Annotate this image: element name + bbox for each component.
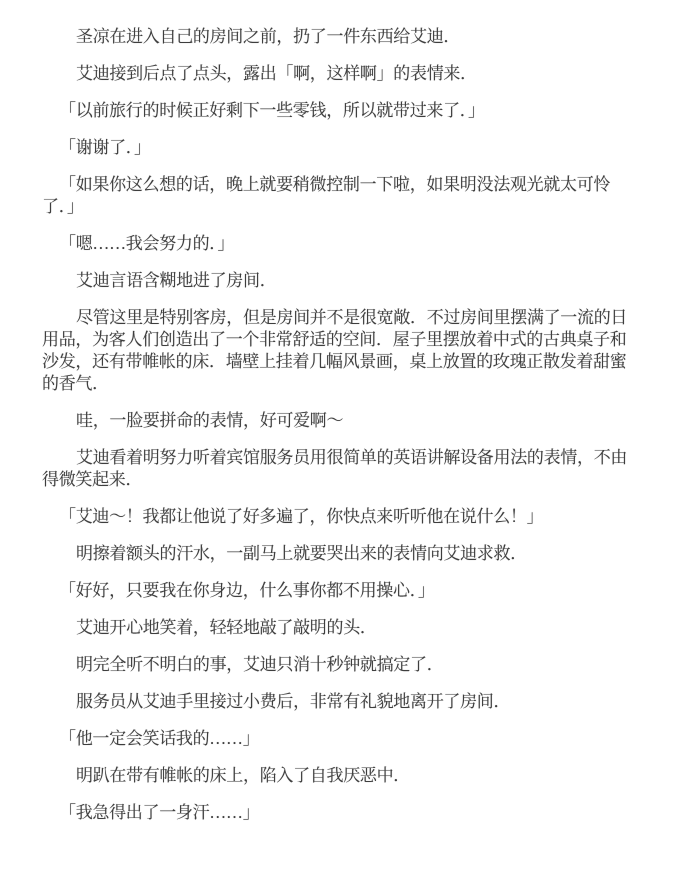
paragraph: 尽管这里是特别客房，但是房间并不是很宽敞．不过房间里摆满了一流的日用品，为客人们… bbox=[42, 307, 642, 395]
paragraph: 明趴在带有帷帐的床上，陷入了自我厌恶中． bbox=[42, 765, 642, 787]
paragraph: 「好好，只要我在你身边，什么事你都不用操心．」 bbox=[42, 580, 642, 602]
novel-text-page: 圣凉在进入自己的房间之前，扔了一件东西给艾迪． 艾迪接到后点了点头，露出「啊，这… bbox=[0, 0, 680, 880]
paragraph: 服务员从艾迪手里接过小费后，非常有礼貌地离开了房间． bbox=[42, 691, 642, 713]
paragraph: 明擦着额头的汗水，一副马上就要哭出来的表情向艾迪求救． bbox=[42, 543, 642, 565]
paragraph: 艾迪言语含糊地进了房间． bbox=[42, 270, 642, 292]
paragraph: 艾迪开心地笑着，轻轻地敲了敲明的头． bbox=[42, 617, 642, 639]
paragraph: 艾迪接到后点了点头，露出「啊，这样啊」的表情来． bbox=[42, 63, 642, 85]
paragraph: 「谢谢了．」 bbox=[42, 137, 642, 159]
paragraph: 圣凉在进入自己的房间之前，扔了一件东西给艾迪． bbox=[42, 26, 642, 48]
paragraph: 「以前旅行的时候正好剩下一些零钱，所以就带过来了．」 bbox=[42, 100, 642, 122]
paragraph: 「如果你这么想的话，晚上就要稍微控制一下啦，如果明没法观光就太可怜了．」 bbox=[42, 174, 642, 218]
paragraph: 「艾迪～！我都让他说了好多遍了，你快点来听听他在说什么！」 bbox=[42, 506, 642, 528]
paragraph: 「嗯……我会努力的．」 bbox=[42, 233, 642, 255]
paragraph: 明完全听不明白的事，艾迪只消十秒钟就搞定了． bbox=[42, 654, 642, 676]
paragraph: 哇，一脸要拼命的表情，好可爱啊～ bbox=[42, 410, 642, 432]
paragraph: 艾迪看着明努力听着宾馆服务员用很简单的英语讲解设备用法的表情，不由得微笑起来． bbox=[42, 447, 642, 491]
paragraph: 「他一定会笑话我的……」 bbox=[42, 728, 642, 750]
paragraph: 「我急得出了一身汗……」 bbox=[42, 802, 642, 824]
